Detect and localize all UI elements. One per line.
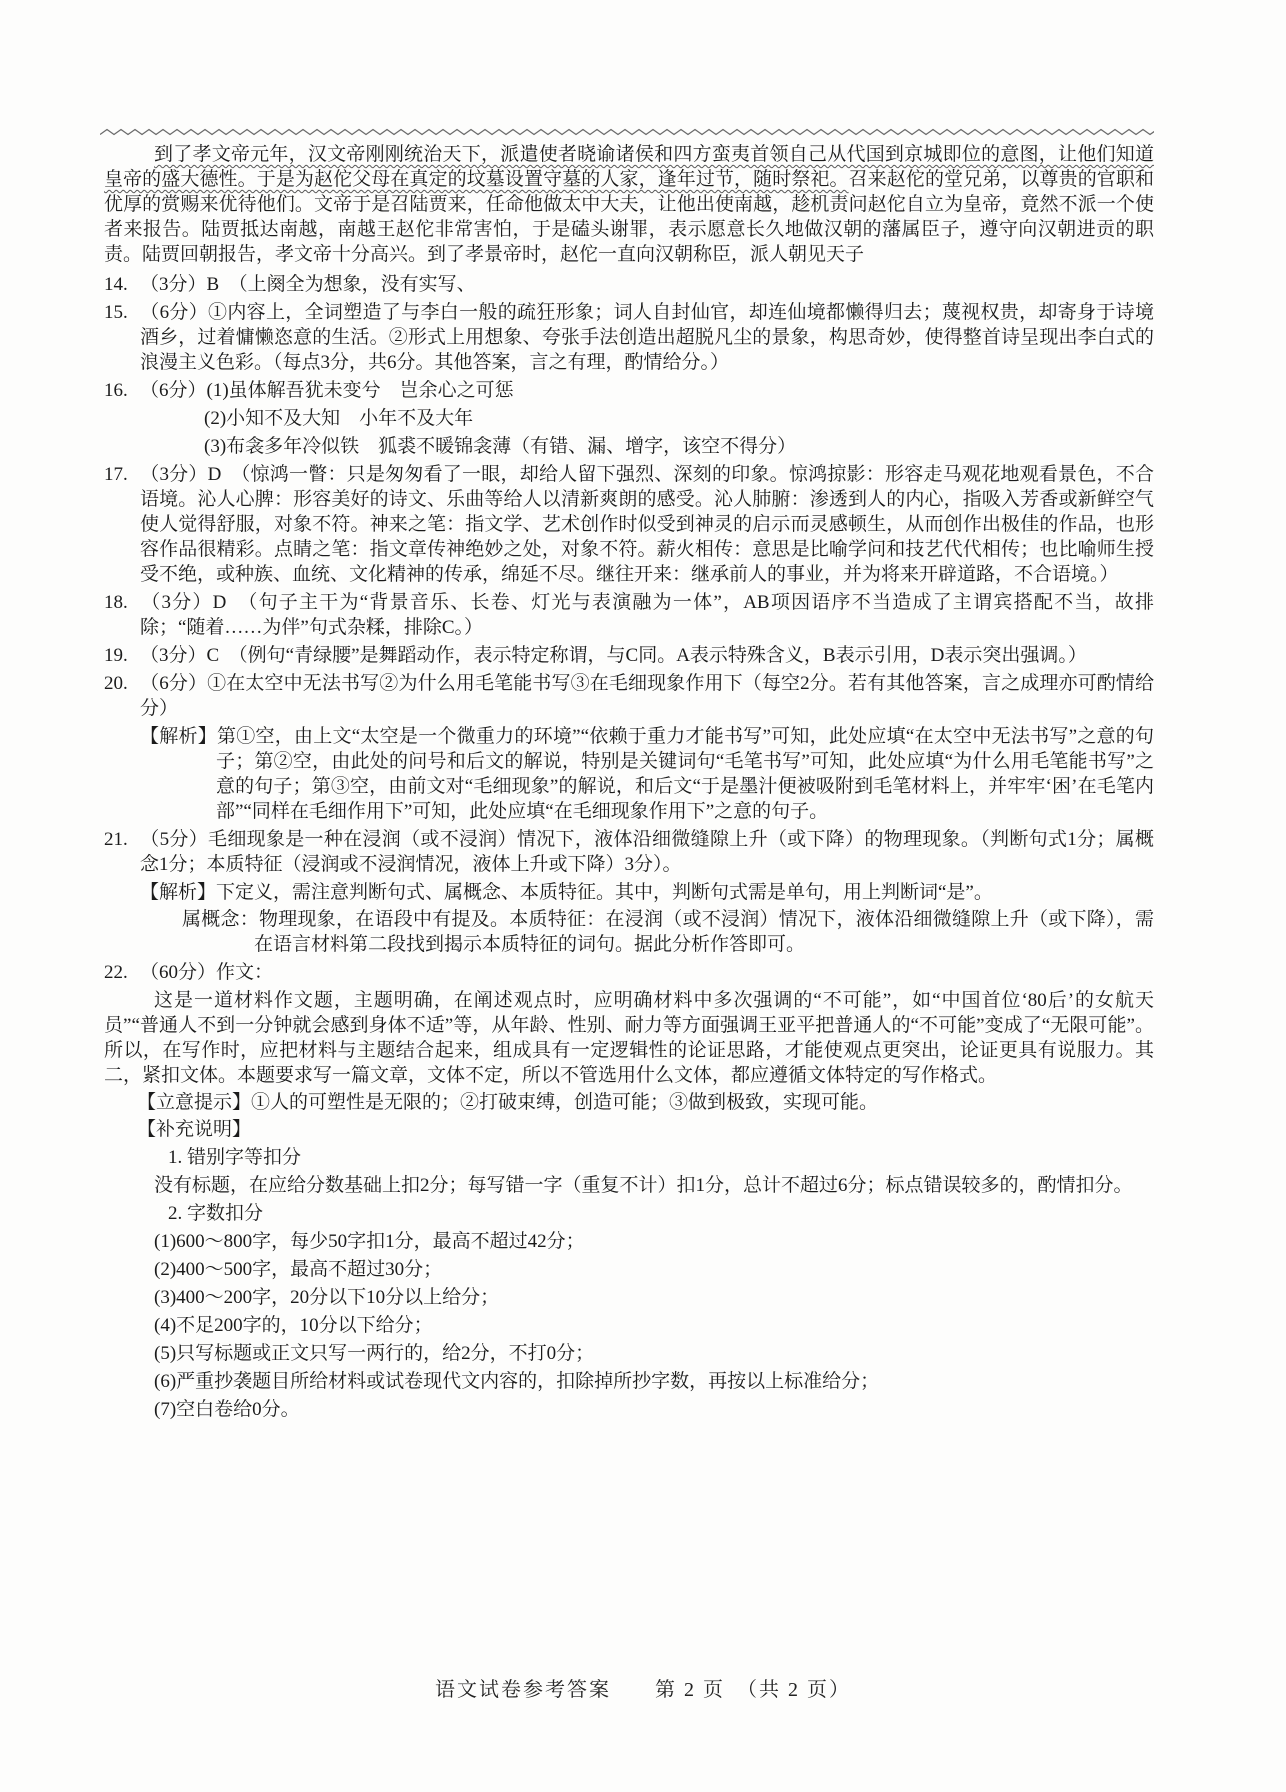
question-number: 18. — [104, 590, 140, 615]
answer-text: （6分）①内容上，全词塑造了与李白一般的疏狂形象；词人自封仙官，却连仙境都懒得归… — [140, 302, 1154, 373]
deduction-rule-paragraph: 没有标题，在应给分数基础上扣2分；每写错一字（重复不计）扣1分，总计不超过6分；… — [104, 1173, 1154, 1198]
word-count-rule-6: (6)严重抄袭题目所给材料或试卷现代文内容的，扣除掉所抄字数，再按以上标准给分； — [154, 1369, 1154, 1394]
word-count-rule-4: (4)不足200字的，10分以下给分； — [154, 1313, 1154, 1338]
question-number: 17. — [104, 462, 140, 487]
essay-intent-hint: 【立意提示】①人的可塑性是无限的；②打破束缚，创造可能；③做到极致，实现可能。 — [104, 1090, 1154, 1115]
answer-item-19: 19.（3分）C （例句“青绿腰”是舞蹈动作，表示特定称谓，与C同。A表示特殊含… — [104, 643, 1154, 668]
sub-answer-line-3: (3)布衾多年冷似铁 狐裘不暖锦衾薄（有错、漏、增字，该空不得分） — [204, 434, 1154, 459]
question-number: 16. — [104, 378, 140, 403]
answer-item-15: 15.（6分）①内容上，全词塑造了与李白一般的疏狂形象；词人自封仙官，却连仙境都… — [104, 300, 1154, 375]
answer-text: （6分）(1)虽体解吾犹未变兮 岂余心之可惩 — [140, 380, 514, 401]
question-number: 14. — [104, 272, 140, 297]
essay-comment-paragraph: 这是一道材料作文题，主题明确，在阐述观点时，应明确材料中多次强调的“不可能”，如… — [104, 988, 1154, 1088]
answer-text: （6分）①在太空中无法书写②为什么用毛笔能书写③在毛细现象作用下（每空2分。若有… — [140, 673, 1154, 719]
question-number: 20. — [104, 671, 140, 696]
word-count-rule-1: (1)600～800字，每少50字扣1分，最高不超过42分； — [154, 1229, 1154, 1254]
question-number: 22. — [104, 960, 140, 985]
answer-item-16: 16.（6分）(1)虽体解吾犹未变兮 岂余心之可惩 — [104, 378, 1154, 403]
answer-text: （3分）D （句子主干为“背景音乐、长卷、灯光与表演融为一体”，AB项因语序不当… — [140, 592, 1154, 638]
word-count-rule-7: (7)空白卷给0分。 — [154, 1397, 1154, 1422]
answer-text: （3分）D （惊鸿一瞥：只是匆匆看了一眼，却给人留下强烈、深刻的印象。惊鸿掠影：… — [140, 464, 1154, 585]
word-count-rules-list: (1)600～800字，每少50字扣1分，最高不超过42分； (2)400～50… — [104, 1229, 1154, 1422]
word-count-rule-3: (3)400～200字，20分以下10分以上给分； — [154, 1285, 1154, 1310]
exam-answer-sheet: 到了孝文帝元年，汉文帝刚刚统治天下，派遣使者晓谕诸侯和四方蛮夷首领自己从代国到京… — [0, 0, 1286, 1792]
answer-text: （3分）C （例句“青绿腰”是舞蹈动作，表示特定称谓，与C同。A表示特殊含义，B… — [140, 645, 1087, 666]
translation-paragraph: 到了孝文帝元年，汉文帝刚刚统治天下，派遣使者晓谕诸侯和四方蛮夷首领自己从代国到京… — [104, 142, 1154, 267]
analysis-paragraph-20: 【解析】第①空，由上文“太空是一个微重力的环境”“依赖于重力才能书写”可知，此处… — [104, 724, 1154, 824]
answer-text: （60分）作文： — [140, 962, 273, 983]
answer-text: （5分）毛细现象是一种在浸润（或不浸润）情况下，液体沿细微缝隙上升（或下降）的物… — [140, 829, 1154, 875]
analysis-paragraph-21: 【解析】下定义，需注意判断句式、属概念、本质特征。其中，判断句式需是单句，用上判… — [104, 880, 1154, 905]
sub-answer-line-2: (2)小知不及大知 小年不及大年 — [204, 406, 1154, 431]
answer-item-18: 18.（3分）D （句子主干为“背景音乐、长卷、灯光与表演融为一体”，AB项因语… — [104, 590, 1154, 640]
answer-item-17: 17.（3分）D （惊鸿一瞥：只是匆匆看了一眼，却给人留下强烈、深刻的印象。惊鸿… — [104, 462, 1154, 587]
word-count-rule-5: (5)只写标题或正文只写一两行的，给2分，不打0分； — [154, 1341, 1154, 1366]
deduction-rule-heading-2: 2. 字数扣分 — [104, 1201, 1154, 1226]
supplement-heading: 【补充说明】 — [104, 1117, 1154, 1142]
word-count-rule-2: (2)400～500字，最高不超过30分； — [154, 1257, 1154, 1282]
analysis-detail-21: 属概念：物理现象，在语段中有提及。本质特征：在浸润（或不浸润）情况下，液体沿细微… — [104, 907, 1154, 957]
question-number: 21. — [104, 827, 140, 852]
deduction-rule-heading-1: 1. 错别字等扣分 — [104, 1145, 1154, 1170]
page-footer: 语文试卷参考答案 第 2 页 （共 2 页） — [0, 1678, 1286, 1703]
question-number: 15. — [104, 300, 140, 325]
answer-item-21: 21.（5分）毛细现象是一种在浸润（或不浸润）情况下，液体沿细微缝隙上升（或下降… — [104, 827, 1154, 877]
wavy-line-artifact — [100, 128, 1154, 136]
question-number: 19. — [104, 643, 140, 668]
answer-text: （3分）B （上阕全为想象，没有实写、 — [140, 274, 476, 295]
answer-item-20: 20.（6分）①在太空中无法书写②为什么用毛笔能书写③在毛细现象作用下（每空2分… — [104, 671, 1154, 721]
answer-item-14: 14.（3分）B （上阕全为想象，没有实写、 — [104, 272, 1154, 297]
answer-item-22: 22.（60分）作文： — [104, 960, 1154, 985]
